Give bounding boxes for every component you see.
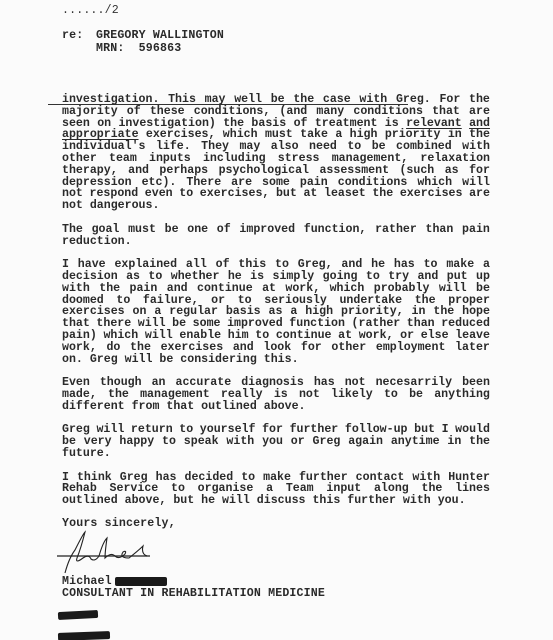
paragraph: investigation.ThismaywellbethecasewithGr… — [62, 94, 490, 212]
paragraph: Gregwillreturntoyourselfforfurtherfollow… — [62, 424, 490, 459]
mrn-label: MRN: — [96, 42, 124, 55]
paragraph: IhaveexplainedallofthistoGreg,andhehasto… — [62, 259, 490, 365]
letter-body: investigation.ThismaywellbethecasewithGr… — [62, 94, 490, 519]
text-line: decisionastowhetherheissimplygoingtotrya… — [62, 271, 490, 283]
re-label: re: — [62, 30, 83, 42]
redaction-cc-line-2 — [58, 631, 110, 640]
text-line: work,dotheexercisesandlookforotheremploy… — [62, 342, 490, 354]
signer-title: CONSULTANT IN REHABILITATION MEDICINE — [62, 588, 325, 600]
text-line: future. — [62, 448, 490, 460]
text-line: otherteaminputsincludingstressmanagement… — [62, 153, 490, 165]
paragraph: IthinkGreghasdecidedtomakefurthercontact… — [62, 472, 490, 507]
text-line: withthepainandcontinueatwork,whichprobab… — [62, 283, 490, 295]
paragraph: Thegoalmustbeoneofimprovedfunction,rathe… — [62, 224, 490, 248]
text-line: reduction. — [62, 236, 490, 248]
text-line: pain)whichwillenablehimtocontinueatwork,… — [62, 330, 490, 342]
mrn-value: 596863 — [139, 42, 182, 55]
page-indicator: ....../2 — [62, 5, 119, 17]
letter-page: ....../2 re: GREGORY WALLINGTON MRN: 596… — [0, 0, 553, 640]
redaction-cc-line-1 — [58, 610, 98, 620]
text-line: Thegoalmustbeoneofimprovedfunction,rathe… — [62, 224, 490, 236]
text-line: made,themanagementreallyisnotlikelytobea… — [62, 389, 490, 401]
text-line: outlined above, but he will discuss this… — [62, 495, 490, 507]
text-line: on. Greg will be considering this. — [62, 354, 490, 366]
text-line: not dangerous. — [62, 200, 490, 212]
text-line: beveryhappytospeakwithyouorGregagainanyt… — [62, 436, 490, 448]
text-line: therapy,andperhapspsychologicalassessmen… — [62, 165, 490, 177]
patient-name: GREGORY WALLINGTON — [96, 30, 224, 42]
redaction-signer-surname — [115, 577, 167, 586]
signature-icon — [55, 528, 155, 578]
mrn-line: MRN: 596863 — [96, 43, 181, 55]
text-line: majorityoftheseconditions,(andmanycondit… — [62, 106, 490, 118]
paragraph: Eventhoughanaccuratediagnosishasnotneces… — [62, 377, 490, 412]
text-line: different from that outlined above. — [62, 401, 490, 413]
